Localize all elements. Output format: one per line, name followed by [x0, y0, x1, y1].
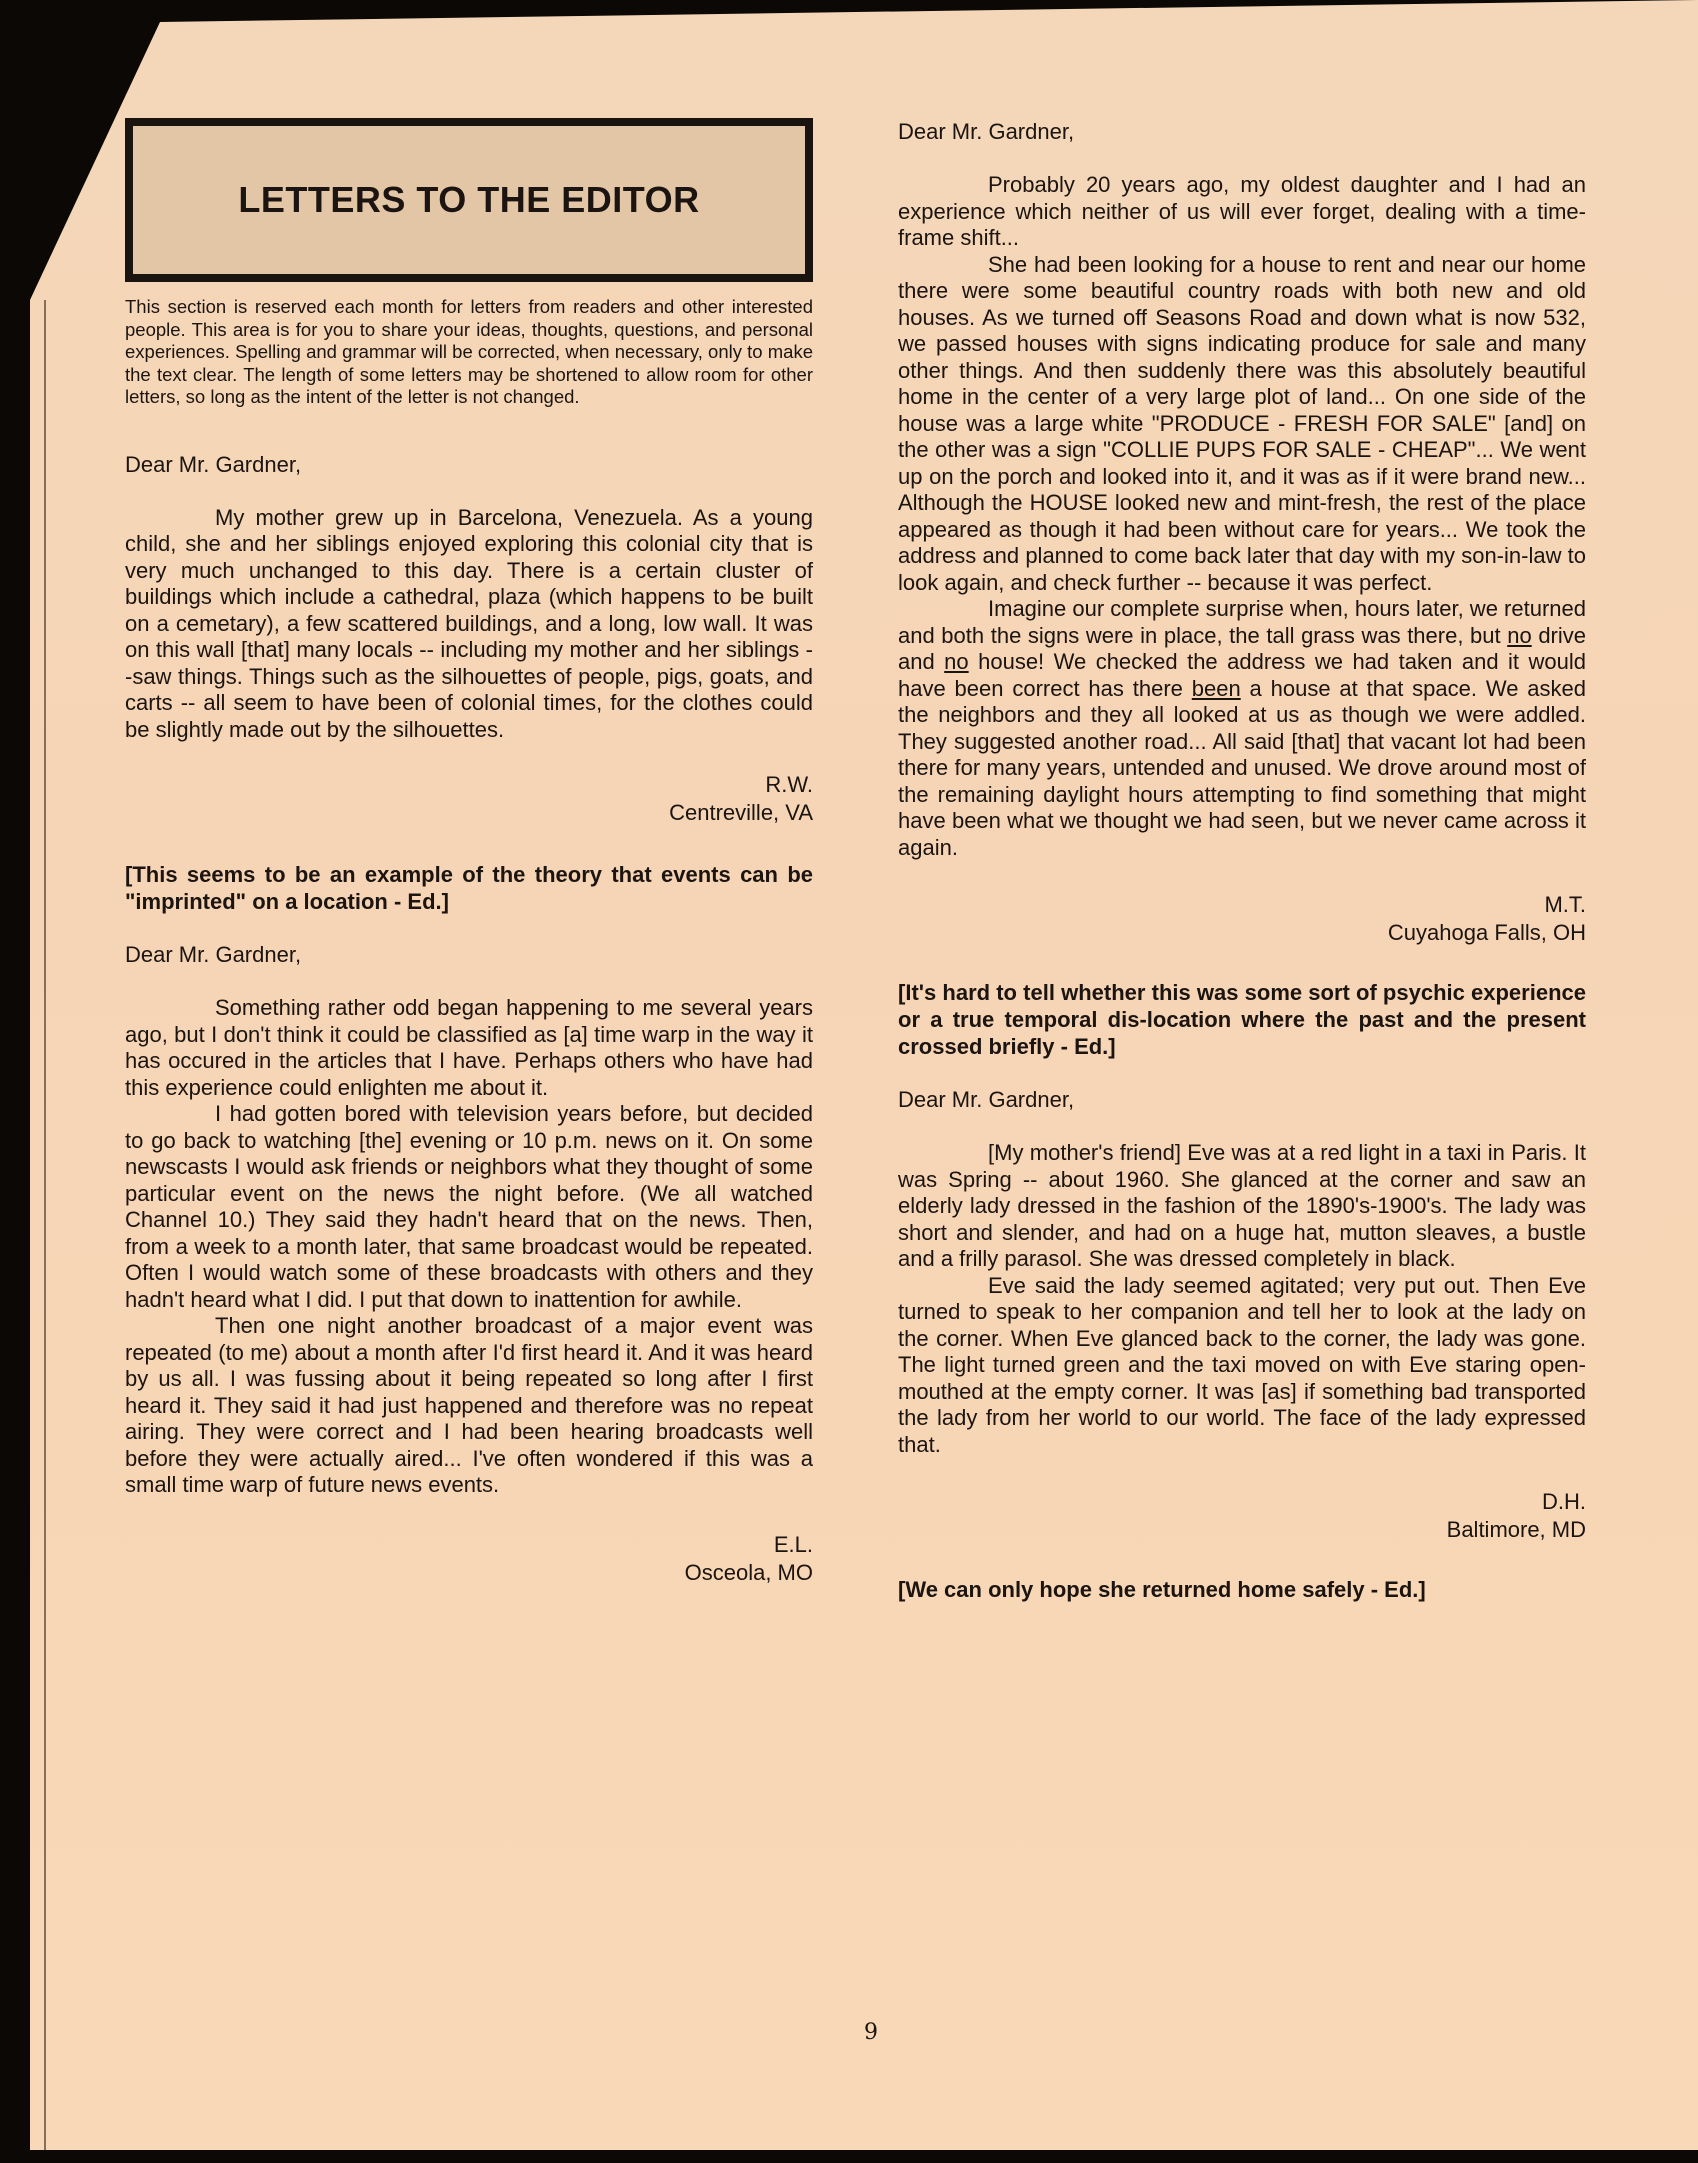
section-title-box: LETTERS TO THE EDITOR [125, 118, 813, 282]
letter-initials: D.H. [898, 1488, 1586, 1516]
letter-paragraph: Eve said the lady seemed agitated; very … [898, 1273, 1586, 1459]
letter-salutation: Dear Mr. Gardner, [125, 451, 813, 479]
letter-paragraph: I had gotten bored with television years… [125, 1101, 813, 1313]
text-run: Imagine our complete surprise when, hour… [898, 596, 1586, 648]
letter-paragraph: [My mother's friend] Eve was at a red li… [898, 1140, 1586, 1273]
letter-location: Cuyahoga Falls, OH [898, 919, 1586, 947]
letter-initials: R.W. [125, 771, 813, 799]
left-column: LETTERS TO THE EDITOR This section is re… [125, 118, 813, 1587]
letter-paragraph: She had been looking for a house to rent… [898, 252, 1586, 597]
letter-salutation: Dear Mr. Gardner, [125, 941, 813, 969]
letter-salutation: Dear Mr. Gardner, [898, 118, 1586, 146]
editor-note: [It's hard to tell whether this was some… [898, 979, 1586, 1060]
letter-paragraph: Something rather odd began happening to … [125, 995, 813, 1101]
page-number: 9 [864, 2020, 878, 2045]
editor-note: [We can only hope she returned home safe… [898, 1576, 1586, 1603]
letter-paragraph: Then one night another broadcast of a ma… [125, 1313, 813, 1499]
underlined-word: been [1192, 676, 1241, 701]
text-run: a house at that space. We asked the neig… [898, 676, 1586, 860]
section-intro: This section is reserved each month for … [125, 296, 813, 409]
underlined-word: no [944, 649, 968, 674]
letter-location: Osceola, MO [125, 1559, 813, 1587]
letter-initials: E.L. [125, 1531, 813, 1559]
letter-location: Centreville, VA [125, 799, 813, 827]
section-title: LETTERS TO THE EDITOR [238, 179, 699, 221]
underlined-word: no [1507, 623, 1531, 648]
letter-paragraph: Probably 20 years ago, my oldest daughte… [898, 172, 1586, 252]
letter-initials: M.T. [898, 891, 1586, 919]
page-binding-edge [44, 300, 46, 2150]
letter-salutation: Dear Mr. Gardner, [898, 1086, 1586, 1114]
letter-4: Dear Mr. Gardner, [My mother's friend] E… [898, 1086, 1586, 1603]
editor-note: [This seems to be an example of the theo… [125, 861, 813, 915]
letter-2: Dear Mr. Gardner, Something rather odd b… [125, 941, 813, 1587]
letter-3: Dear Mr. Gardner, Probably 20 years ago,… [898, 118, 1586, 1060]
letter-location: Baltimore, MD [898, 1516, 1586, 1544]
right-column: Dear Mr. Gardner, Probably 20 years ago,… [898, 118, 1586, 1625]
letter-paragraph: My mother grew up in Barcelona, Venezuel… [125, 505, 813, 744]
letter-1: Dear Mr. Gardner, My mother grew up in B… [125, 451, 813, 916]
letter-paragraph: Imagine our complete surprise when, hour… [898, 596, 1586, 861]
